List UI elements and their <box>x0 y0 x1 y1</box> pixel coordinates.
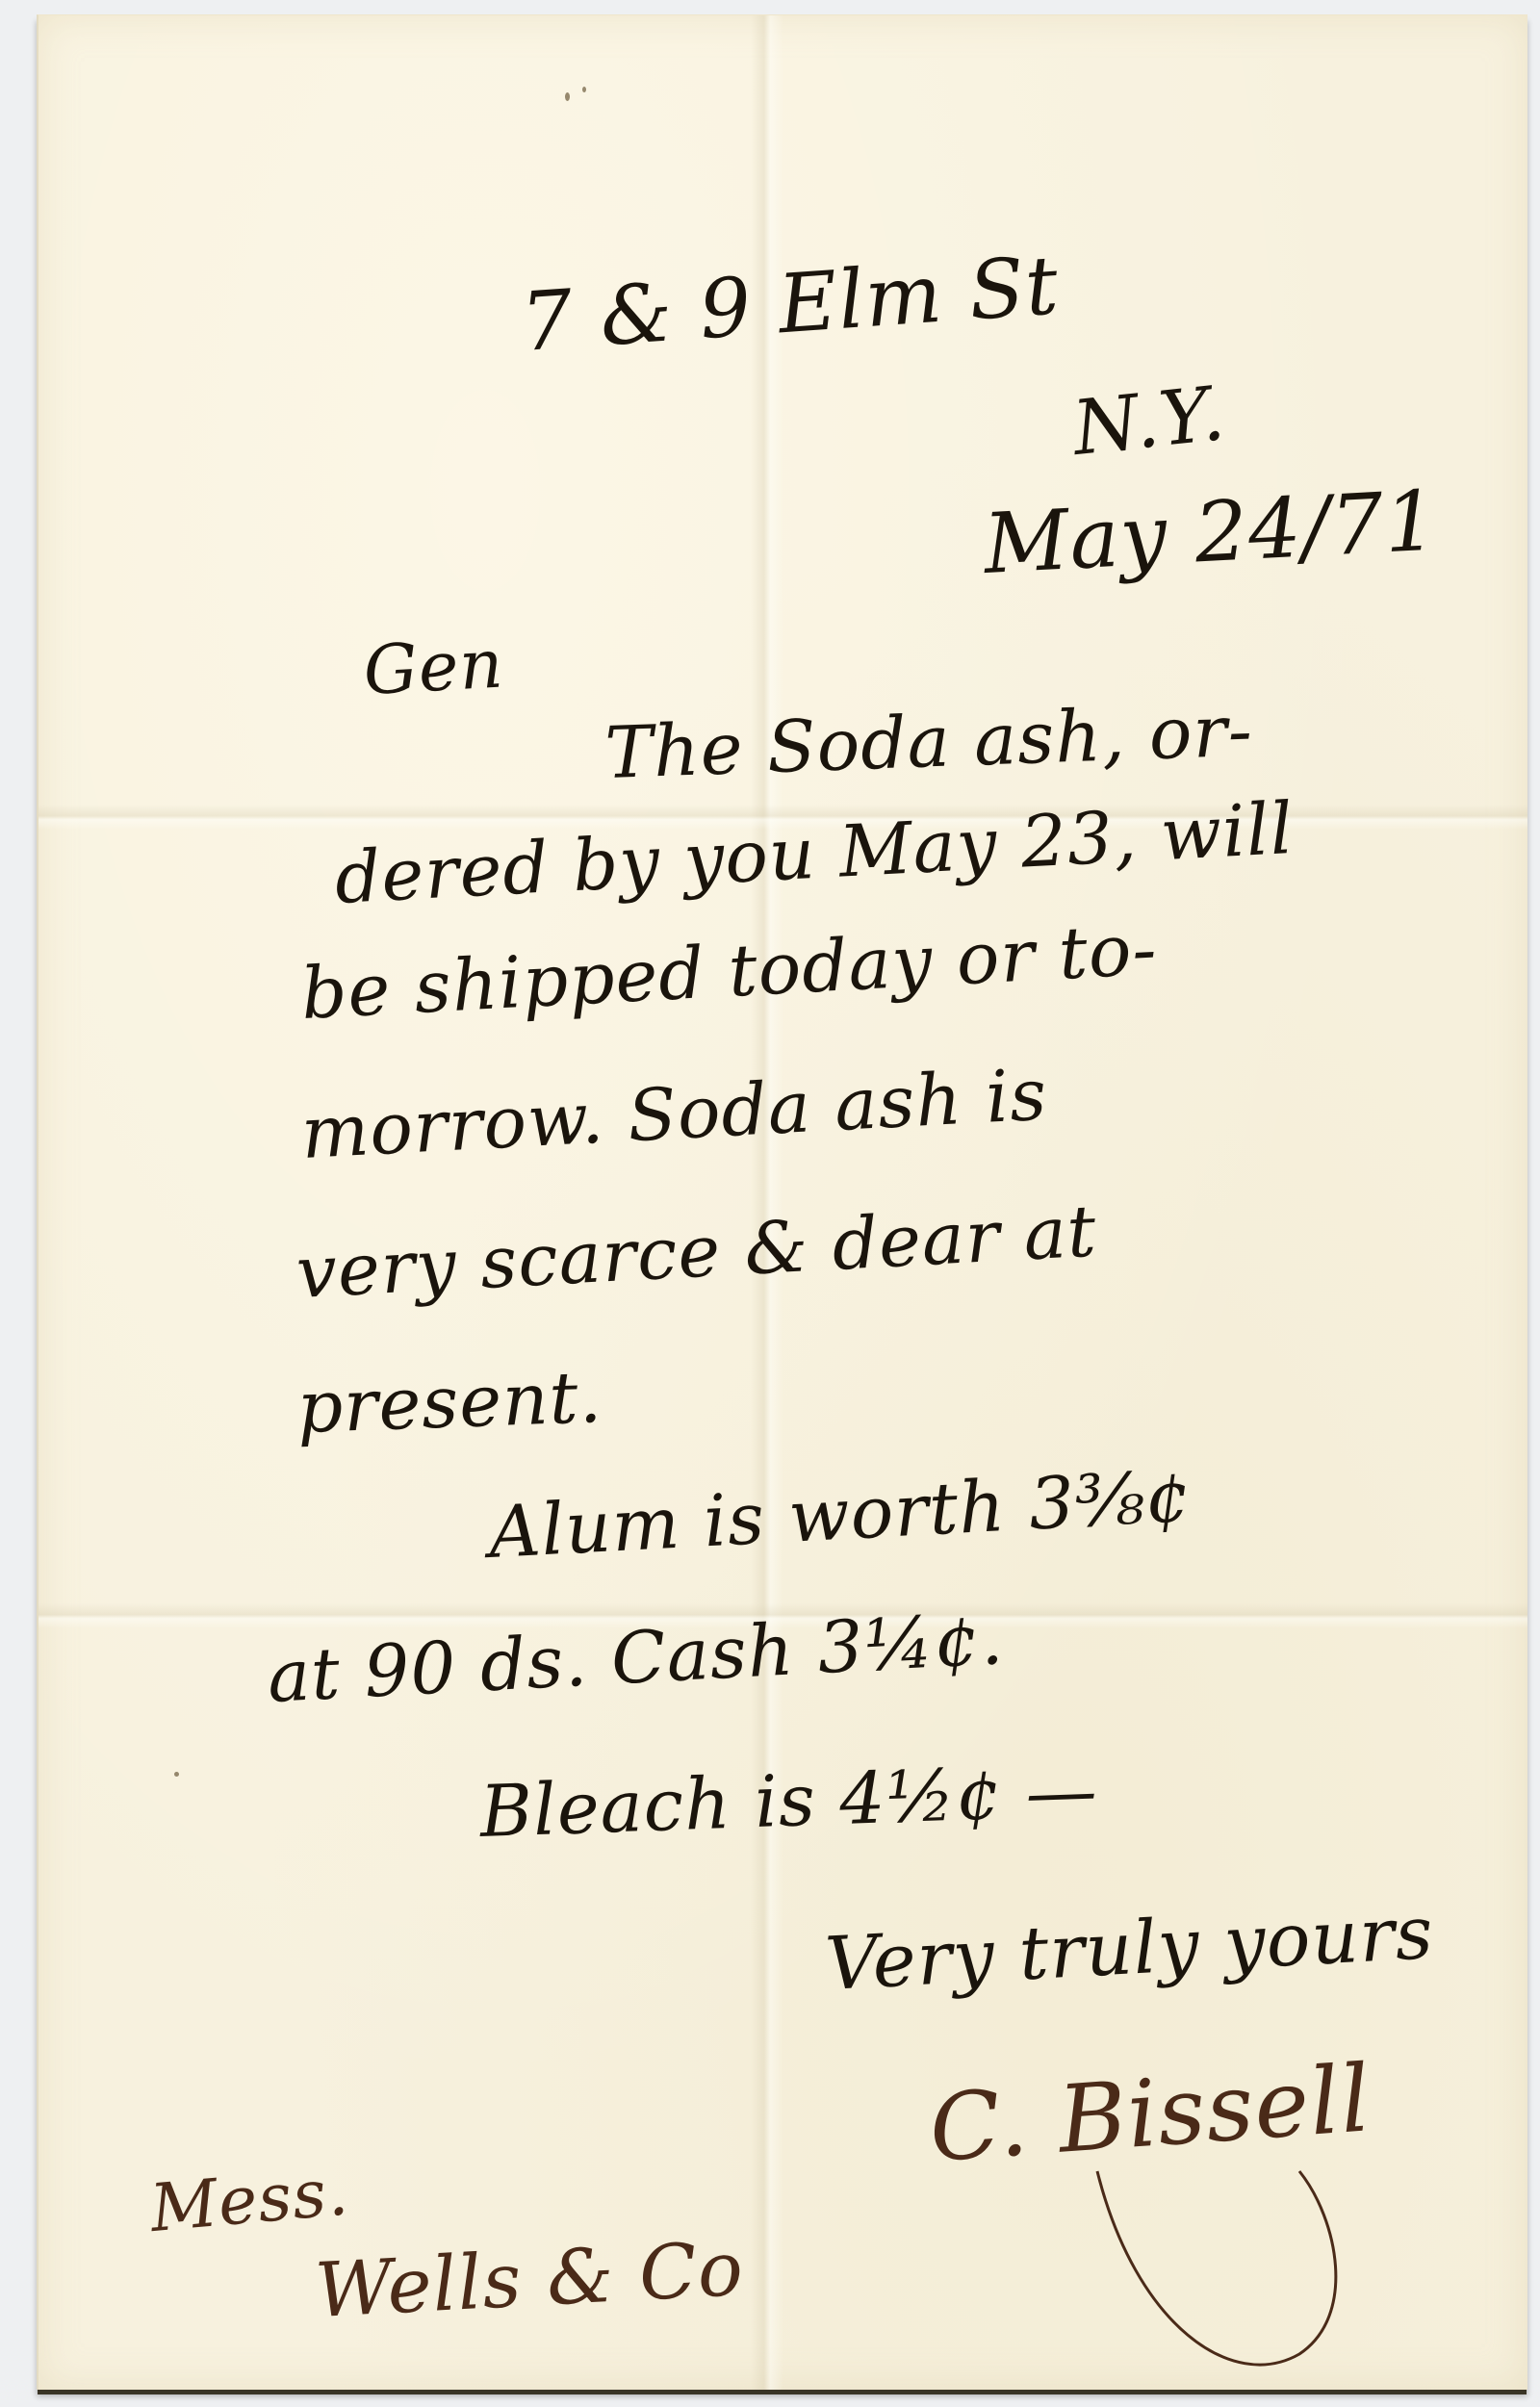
ink-speck <box>174 1772 179 1777</box>
addressee-line-1: Mess. <box>147 2154 351 2247</box>
ink-speck <box>582 87 586 92</box>
letter-paper: 7 & 9 Elm St N.Y. May 24/71 Gen The Soda… <box>37 14 1527 2390</box>
body-line-7: Alum is worth 3⅜¢ <box>487 1461 1193 1569</box>
heading-city: N.Y. <box>1069 371 1230 473</box>
closing: Very truly yours <box>823 1889 1435 2007</box>
heading-date: May 24/71 <box>982 473 1441 593</box>
vertical-fold-crease <box>751 15 783 2390</box>
body-line-9: Bleach is 4½¢ — <box>478 1755 1098 1848</box>
heading-address: 7 & 9 Elm St <box>518 238 1062 370</box>
signature-flourish-icon <box>1078 2133 1367 2390</box>
body-line-6: present. <box>295 1362 603 1444</box>
body-line-1: The Soda ash, or- <box>603 696 1254 789</box>
salutation: Gen <box>362 625 506 710</box>
body-line-5: very scarce & dear at <box>295 1196 1098 1309</box>
addressee-line-2: Wells & Co <box>313 2226 746 2335</box>
ink-speck <box>565 92 570 101</box>
body-line-4: morrow. Soda ash is <box>299 1059 1049 1169</box>
body-line-3: be shipped today or to- <box>299 914 1159 1030</box>
scanned-letter: 7 & 9 Elm St N.Y. May 24/71 Gen The Soda… <box>0 0 1540 2407</box>
